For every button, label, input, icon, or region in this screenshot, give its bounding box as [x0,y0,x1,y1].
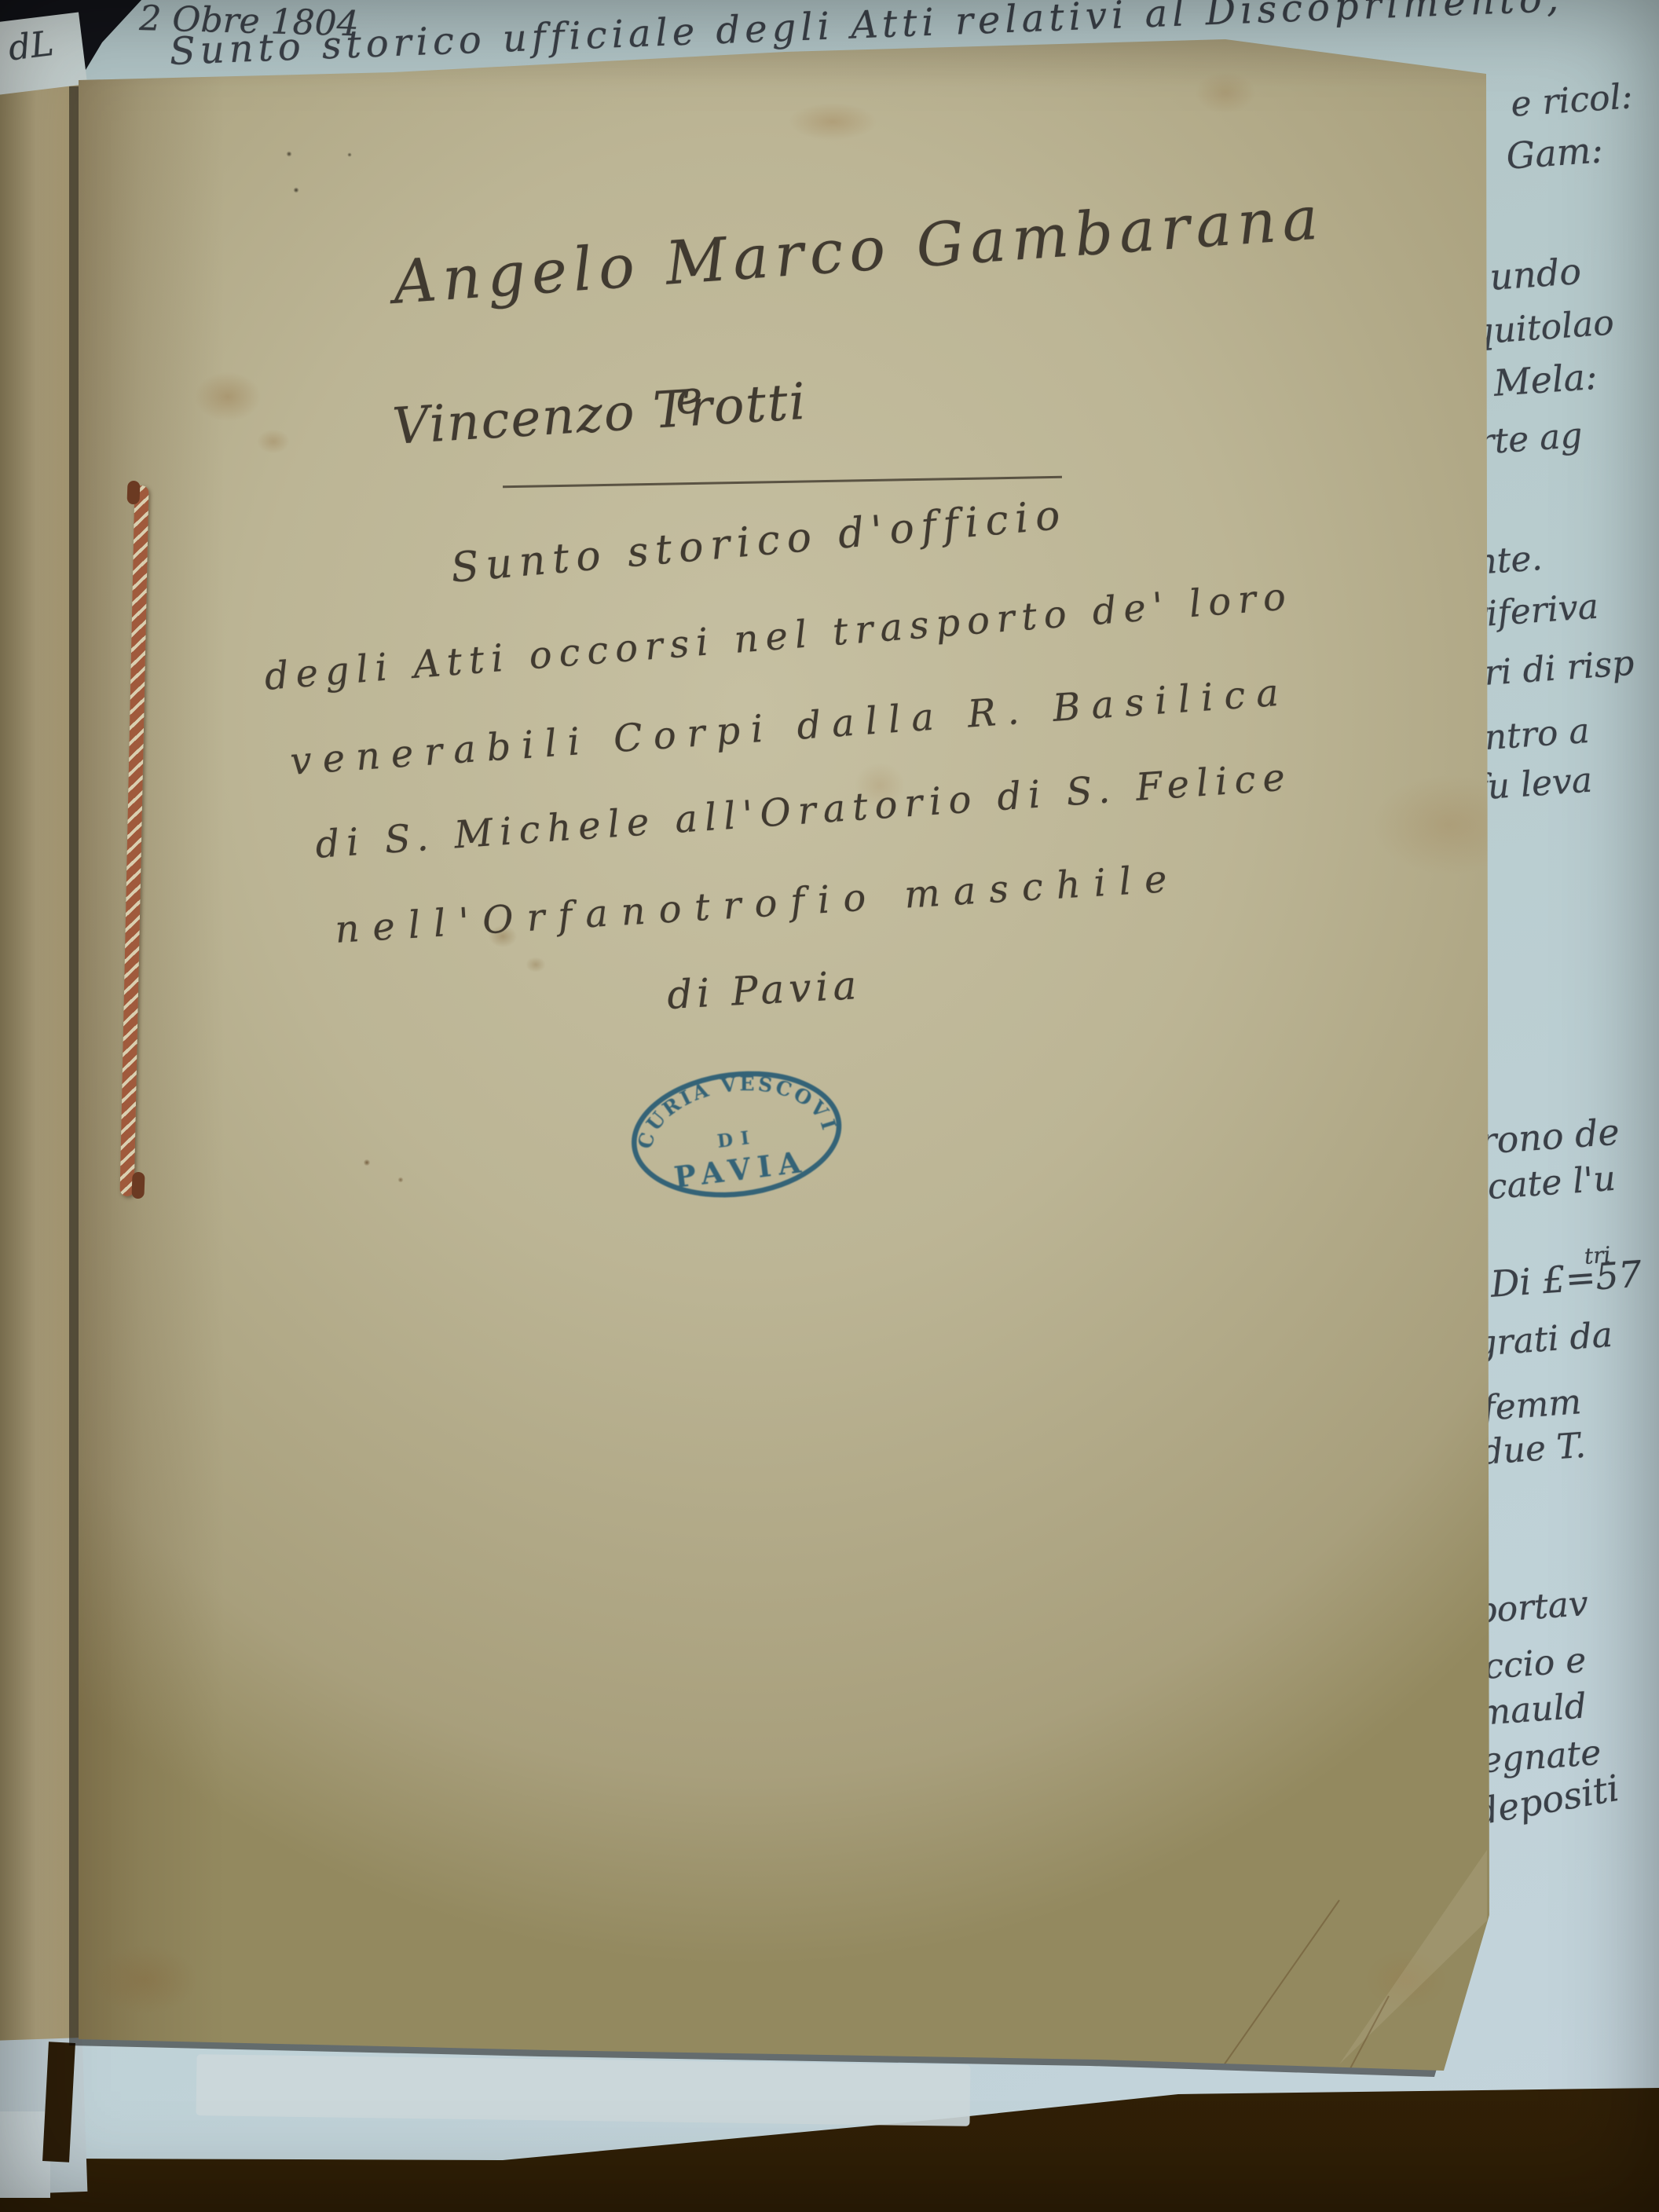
text-fragment: Di £=57 [1489,1256,1643,1302]
text-fragment: ri di risp [1483,646,1635,691]
text-fragment: portav [1474,1587,1589,1629]
manuscript-photo: e ricol:Gam:undoquitolaoMela:rte agnte.r… [0,0,1659,2212]
text-fragment: grati da [1474,1318,1613,1362]
text-fragment: riferiva [1469,590,1599,633]
subject-line: Sunto storico d'officio [449,494,1068,588]
title-page: Angelo Marco Gambarana e Vincenzo Trotti… [0,0,1659,2212]
stamp-di-text: DI [716,1126,759,1152]
subject-line: venerabili Corpi dalla R. Basilica [289,673,1291,781]
text-fragment: Mela: [1492,358,1599,401]
text-fragment: rono de [1478,1114,1621,1159]
text-fragment: mauld [1477,1689,1588,1731]
left-page-edge [0,69,80,2041]
text-fragment: Gam: [1505,131,1604,174]
top-left-page-sliver: dL [0,13,87,95]
subject-line: di Pavia [666,965,862,1015]
text-fragment: iccio e [1472,1643,1588,1686]
text-fragment: rte ag [1477,419,1584,460]
text-fragment: quitolao [1470,306,1615,350]
text-fragment: due T. [1480,1429,1587,1470]
stamp-pavia-text: PAVIA [672,1144,810,1194]
text-fragment: undo [1489,253,1582,295]
text-fragment: tri [1584,1244,1611,1268]
subject-line: nell'Orfanotrofio maschile [334,859,1181,949]
curia-vescovile-stamp: CURIA VESCOVILE DI PAVIA [620,1057,855,1217]
bottom-sheet-edge [196,2054,971,2126]
cord-tip-bottom [131,1172,145,1199]
text-fragment: e ricol: [1510,79,1634,123]
subject-line: di S. Michele all'Oratorio di S. Felice [314,758,1293,864]
text-fragment: fu leva [1474,764,1594,806]
text-fragment: femm [1481,1385,1583,1426]
cord-tip-top [126,481,140,505]
subject-line: degli Atti occorsi nel trasporto de' lor… [263,577,1294,696]
text-fragment: ocate l'u [1466,1162,1617,1207]
corner-ink-mark: dL [6,27,55,67]
